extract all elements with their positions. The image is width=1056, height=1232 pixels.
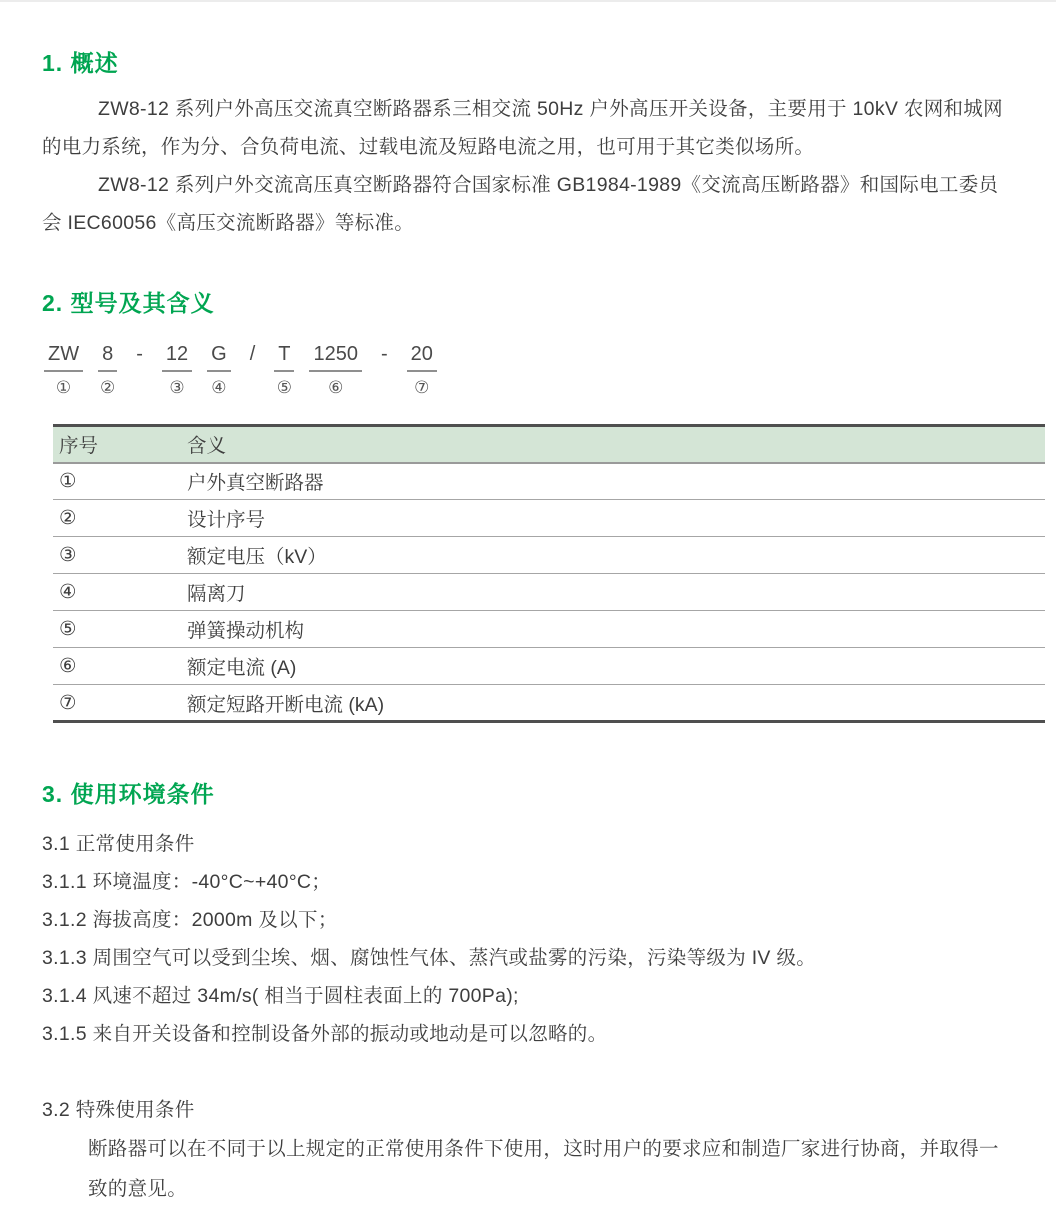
env-condition-item: 3.2 特殊使用条件 [42,1091,1018,1129]
model-code-segment-text: - [132,342,147,372]
table-cell-meaning: 额定电流 (A) [181,648,1045,685]
model-code-separator: - [377,342,392,398]
table-cell-number: ③ [53,537,181,574]
table-row: ④隔离刀 [53,574,1045,611]
section-3-heading: 3. 使用环境条件 [42,779,1018,809]
table-header-meaning: 含义 [181,426,1045,463]
model-code-segment: T⑤ [274,342,294,398]
model-code-segment-text: 8 [98,342,117,372]
model-code-segment-number: ⑦ [414,378,429,398]
section-2-heading: 2. 型号及其含义 [42,288,1018,318]
special-condition-paragraph: 断路器可以在不同于以上规定的正常使用条件下使用，这时用户的要求应和制造厂家进行协… [88,1129,1018,1209]
model-code-segment: 12③ [162,342,192,398]
model-code-segment-text: ZW [44,342,83,372]
model-code-segment: 8② [98,342,117,398]
table-cell-number: ⑦ [53,685,181,722]
table-cell-meaning: 额定短路开断电流 (kA) [181,685,1045,722]
model-code-segment-text: G [207,342,231,372]
table-cell-number: ④ [53,574,181,611]
model-code-segment: ZW① [44,342,83,398]
section-1-paragraphs: ZW8-12 系列户外高压交流真空断路器系三相交流 50Hz 户外高压开关设备，… [42,90,1018,242]
overview-paragraph-2: ZW8-12 系列户外交流高压真空断路器符合国家标准 GB1984-1989《交… [42,166,1018,242]
env-condition-item: 3.1.4 风速不超过 34m/s( 相当于圆柱表面上的 700Pa); [42,977,1018,1015]
model-code-segment-number: ⑤ [277,378,292,398]
section-1-heading: 1. 概述 [42,48,1018,78]
document-page: 1. 概述 ZW8-12 系列户外高压交流真空断路器系三相交流 50Hz 户外高… [0,0,1056,1232]
table-cell-meaning: 额定电压（kV） [181,537,1045,574]
model-code-segment-text: / [246,342,260,372]
table-row: ③额定电压（kV） [53,537,1045,574]
table-cell-meaning: 户外真空断路器 [181,463,1045,500]
table-cell-number: ① [53,463,181,500]
env-condition-item: 3.1.1 环境温度：-40°C~+40°C； [42,863,1018,901]
table-cell-number: ⑤ [53,611,181,648]
table-row: ②设计序号 [53,500,1045,537]
model-code-segment: G④ [207,342,231,398]
model-code-segment-text: 12 [162,342,192,372]
env-condition-item: 3.1.5 来自开关设备和控制设备外部的振动或地动是可以忽略的。 [42,1015,1018,1053]
model-code-segment-text: T [274,342,294,372]
env-condition-item: 3.1.3 周围空气可以受到尘埃、烟、腐蚀性气体、蒸汽或盐雾的污染，污染等级为 … [42,939,1018,977]
model-code-segment-text: 20 [407,342,437,372]
table-header-row: 序号 含义 [53,426,1045,463]
table-body: ①户外真空断路器②设计序号③额定电压（kV）④隔离刀⑤弹簧操动机构⑥额定电流 (… [53,463,1045,722]
model-code-segment-text: 1250 [309,342,362,372]
table-cell-meaning: 设计序号 [181,500,1045,537]
table-row: ⑤弹簧操动机构 [53,611,1045,648]
table-head: 序号 含义 [53,426,1045,463]
table-cell-number: ⑥ [53,648,181,685]
model-designation-code: ZW①8②-12③G④/T⑤1250⑥-20⑦ [44,342,1018,398]
env-condition-item: 3.1.2 海拔高度：2000m 及以下； [42,901,1018,939]
model-meaning-table: 序号 含义 ①户外真空断路器②设计序号③额定电压（kV）④隔离刀⑤弹簧操动机构⑥… [53,424,1045,723]
table-row: ①户外真空断路器 [53,463,1045,500]
model-code-segment-number: ① [56,378,71,398]
model-code-segment: 20⑦ [407,342,437,398]
table-cell-meaning: 弹簧操动机构 [181,611,1045,648]
model-code-segment: 1250⑥ [309,342,362,398]
model-code-segment-number: ③ [169,378,184,398]
table-row: ⑦额定短路开断电流 (kA) [53,685,1045,722]
model-code-separator: / [246,342,260,398]
model-code-separator: - [132,342,147,398]
model-code-segment-number: ⑥ [328,378,343,398]
overview-paragraph-1: ZW8-12 系列户外高压交流真空断路器系三相交流 50Hz 户外高压开关设备，… [42,90,1018,166]
table-cell-meaning: 隔离刀 [181,574,1045,611]
table-header-number: 序号 [53,426,181,463]
model-code-segment-number: ② [100,378,115,398]
page-content: 1. 概述 ZW8-12 系列户外高压交流真空断路器系三相交流 50Hz 户外高… [0,2,1056,1209]
env-condition-item: 3.1 正常使用条件 [42,825,1018,863]
table-cell-number: ② [53,500,181,537]
environment-conditions-list: 3.1 正常使用条件3.1.1 环境温度：-40°C~+40°C；3.1.2 海… [42,825,1018,1209]
table-row: ⑥额定电流 (A) [53,648,1045,685]
model-code-segment-text: - [377,342,392,372]
model-code-segment-number: ④ [211,378,226,398]
